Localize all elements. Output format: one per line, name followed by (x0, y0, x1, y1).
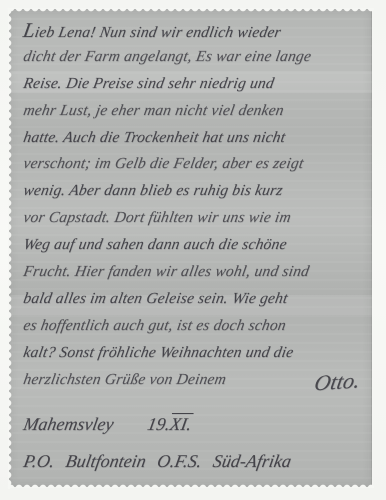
signature: Otto. (313, 368, 363, 397)
handwritten-line: wenig. Aber dann blieb es ruhig bis kurz (21, 178, 371, 205)
handwritten-line: Frucht. Hier fanden wir alles wohl, und … (21, 259, 371, 286)
place-date-line: Mahemsvley19.XI. (21, 409, 371, 439)
handwritten-line: Reise. Die Preise sind sehr niedrig und (21, 71, 371, 98)
handwritten-line: Weg auf und sahen dann auch die schöne (21, 232, 371, 259)
handwritten-line: Lieb Lena! Nun sind wir endlich wieder (21, 17, 371, 44)
perforation-left-edge (8, 7, 16, 489)
scan-background: Lieb Lena! Nun sind wir endlich wieder d… (0, 0, 386, 500)
handwritten-line: mehr Lust, je eher man nicht viel denken (21, 98, 371, 125)
handwritten-line: bald alles im alten Geleise sein. Wie ge… (21, 286, 371, 313)
handwritten-line: dicht der Farm angelangt, Es war eine la… (21, 44, 371, 71)
handwritten-line: kalt? Sonst fröhliche Weihnachten und di… (21, 340, 371, 367)
place-name: Mahemsvley (22, 414, 115, 434)
handwritten-line: verschont; im Gelb die Felder, aber es z… (21, 151, 371, 178)
handwritten-line: vor Capstadt. Dort fühlten wir uns wie i… (21, 205, 371, 232)
perforation-top-edge (7, 8, 374, 16)
closing-text: herzlichsten Grüße von Deinem (22, 371, 228, 388)
date-month: XI. (168, 414, 193, 434)
letter-card: Lieb Lena! Nun sind wir endlich wieder d… (9, 9, 372, 487)
handwritten-line: es hoffentlich auch gut, ist es doch sch… (21, 313, 371, 340)
address-line: P.O. Bultfontein O.F.S. Süd-Afrika (21, 445, 372, 477)
handwritten-line: hatte. Auch die Trockenheit hat uns nich… (21, 125, 371, 152)
handwritten-text-block: Lieb Lena! Nun sind wir endlich wieder d… (21, 17, 366, 483)
